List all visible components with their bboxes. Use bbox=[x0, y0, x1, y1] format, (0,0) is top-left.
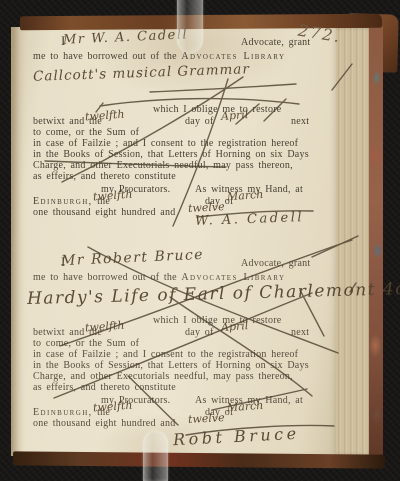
page-strap-bottom bbox=[143, 431, 168, 481]
page-strap-top bbox=[177, 0, 203, 53]
book-photo: I Mr W. A. Cadell Advocate, grant me to … bbox=[0, 0, 400, 481]
ink-crossout-strokes bbox=[0, 0, 400, 481]
